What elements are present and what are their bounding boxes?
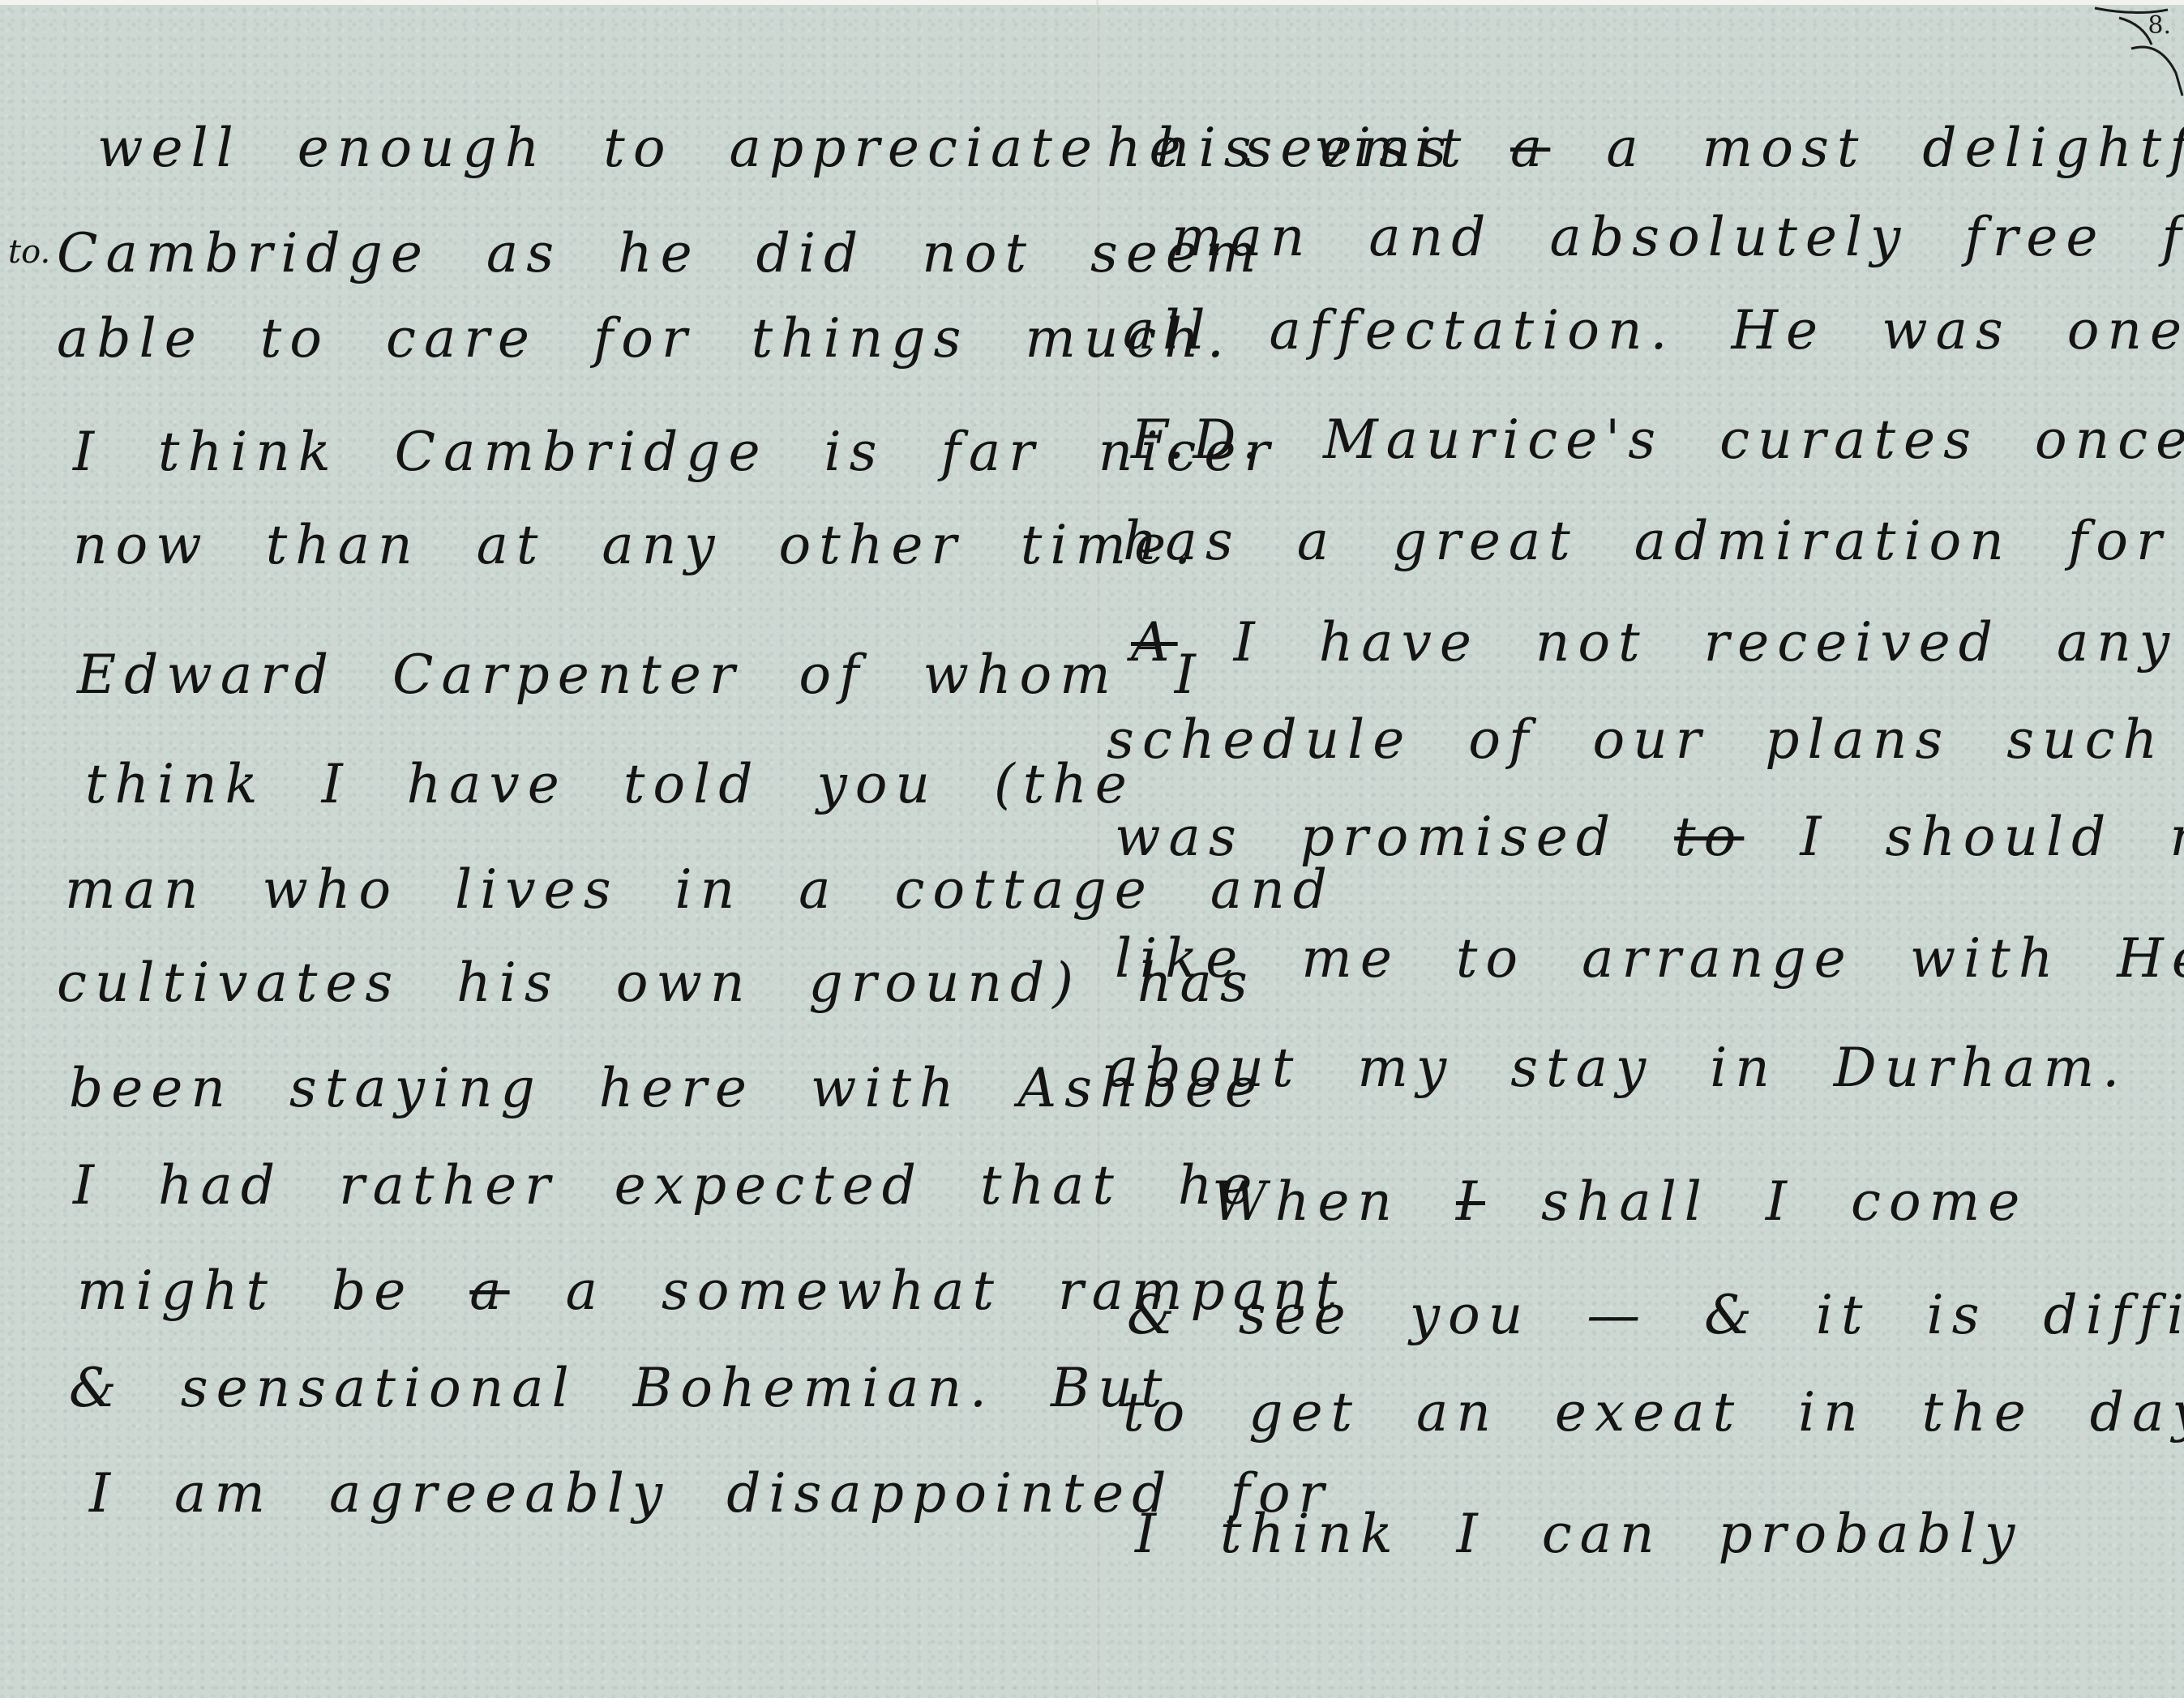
right-page: 8. he seems a a most delightful man and … [1098,0,2184,1698]
struck-word: A [1131,611,1178,674]
line-text: I should rather [1800,806,2184,868]
letter-line: When I shall I come [1212,1175,2028,1229]
letter-line: I had rather expected that he [73,1159,1260,1213]
letter-line: & sensational Bohemian. But [69,1362,1171,1415]
letter-line: now than at any other time. [73,519,1199,572]
letter-line: like me to arrange with Headlam [1115,932,2184,986]
line-text: was promised [1115,806,1618,868]
struck-word: to [1674,806,1744,868]
letter-line: schedule of our plans such as [1107,713,2184,767]
struck-word: a [1510,117,1550,179]
struck-word: I [1456,1170,1485,1233]
letter-line: all affectation. He was one of [1123,304,2184,357]
line-text: a most delightful [1606,117,2184,179]
letter-line: Cambridge as he did not seem [57,227,1265,280]
letter-line: F.D. Maurice's curates once & [1131,413,2184,467]
line-text: he seems [1107,117,1454,179]
letter-line: able to care for things much. [57,312,1232,366]
letter-line: he seems a a most delightful [1107,122,2184,175]
struck-word: a [469,1260,509,1322]
margin-prefix: to. [8,233,50,271]
letter-line: I think Cambridge is far nicer [73,426,1278,479]
letter-line: man and absolutely free from [1171,211,2184,264]
letter-sheet: well enough to appreciate his visit to. … [0,0,2184,1698]
letter-line: about my stay in Durham. [1107,1041,2127,1095]
letter-line: cultivates his own ground) has [57,956,1256,1010]
letter-line: been staying here with Ashbee [69,1062,1265,1115]
letter-line: Edward Carpenter of whom I [77,648,1204,702]
left-page: well enough to appreciate his visit to. … [0,0,1096,1698]
letter-line: was promised to I should rather [1115,811,2184,864]
line-text: shall I come [1541,1170,2028,1233]
page-number: 8. [2148,11,2171,40]
letter-line: think I have told you (the [85,758,1135,811]
line-text: might be [77,1260,413,1322]
letter-line: to get an exeat in the day but [1123,1386,2184,1439]
letter-line: A I have not received any [1131,616,2178,669]
line-text: I have not received any [1234,611,2178,674]
letter-line: & see you — & it is difficult [1127,1289,2184,1342]
letter-line: I think I can probably [1135,1508,2023,1561]
line-text: When [1212,1170,1400,1233]
letter-line: has a great admiration for him. [1123,515,2184,568]
